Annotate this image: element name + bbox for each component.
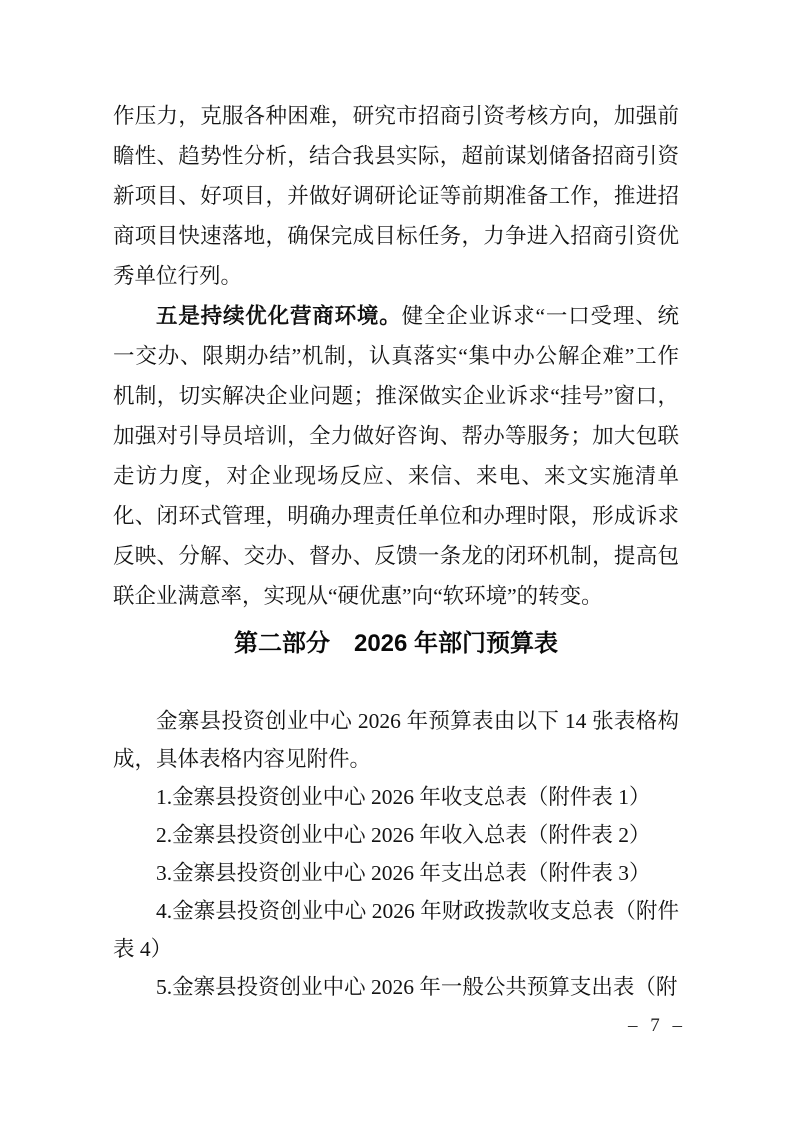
- list-item: 3.金寨县投资创业中心 2026 年支出总表（附件表 3）: [113, 854, 679, 892]
- paragraph-lead-bold: 五是持续优化营商环境。: [156, 304, 402, 328]
- document-page: 作压力，克服各种困难，研究市招商引资考核方向，加强前瞻性、趋势性分析，结合我县实…: [0, 0, 793, 1122]
- paragraph-point-five: 五是持续优化营商环境。健全企业诉求“一口受理、统一交办、限期办结”机制，认真落实…: [113, 296, 679, 616]
- paragraph-continuation: 作压力，克服各种困难，研究市招商引资考核方向，加强前瞻性、趋势性分析，结合我县实…: [113, 96, 679, 296]
- budget-tables-section: 金寨县投资创业中心 2026 年预算表由以下 14 张表格构成，具体表格内容见附…: [113, 702, 679, 1006]
- list-item: 1.金寨县投资创业中心 2026 年收支总表（附件表 1）: [113, 778, 679, 816]
- page-number: – 7 –: [628, 1014, 683, 1038]
- section-heading: 第二部分 2026 年部门预算表: [113, 628, 679, 660]
- list-item: 4.金寨县投资创业中心 2026 年财政拨款收支总表（附件表 4）: [113, 892, 679, 968]
- list-item: 2.金寨县投资创业中心 2026 年收入总表（附件表 2）: [113, 816, 679, 854]
- document-body: 作压力，克服各种困难，研究市招商引资考核方向，加强前瞻性、趋势性分析，结合我县实…: [113, 96, 679, 1006]
- attachment-table-list: 1.金寨县投资创业中心 2026 年收支总表（附件表 1） 2.金寨县投资创业中…: [113, 778, 679, 1006]
- intro-paragraph: 金寨县投资创业中心 2026 年预算表由以下 14 张表格构成，具体表格内容见附…: [113, 702, 679, 778]
- paragraph-point-five-text: 健全企业诉求“一口受理、统一交办、限期办结”机制，认真落实“集中办公解企难”工作…: [113, 304, 679, 608]
- list-item: 5.金寨县投资创业中心 2026 年一般公共预算支出表（附: [113, 968, 679, 1006]
